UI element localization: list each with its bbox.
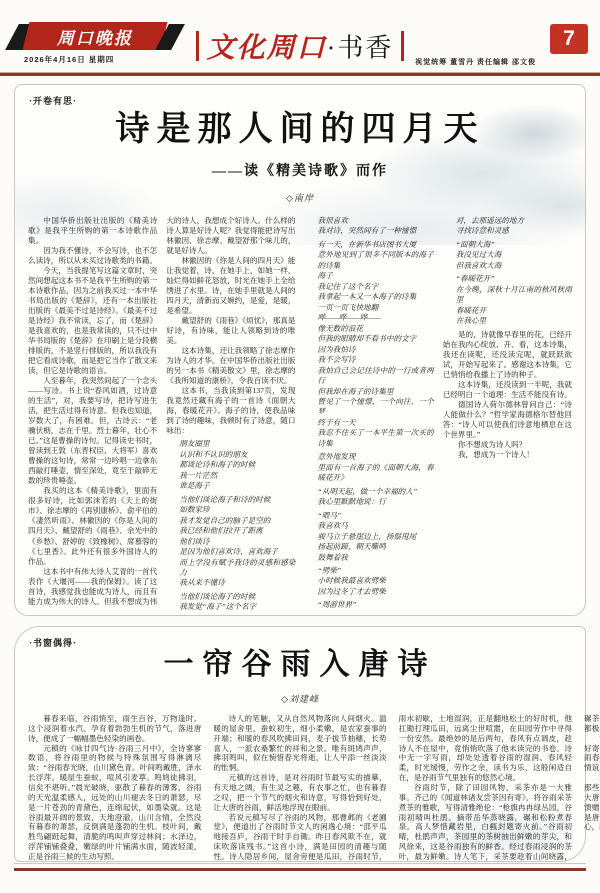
body-paragraph: 德国诗人荷尔德林曾问自己：“诗人能做什么？”哲学家海德格尔替他回答：“诗人可以使… <box>443 400 572 440</box>
poem-stanza: “从明天起，做一个幸福的人”我心里默默地说：行 <box>318 487 434 508</box>
body-paragraph: 因为我不懂诗，不会写诗，也不怎么读诗，所以从未买过诗歌类的书籍。 <box>28 246 157 266</box>
body-paragraph: 人至暮年，我突然间起了一个念头——写诗。书上说“春风如酒，过诗意的生活”，对，我… <box>28 376 157 486</box>
article1-subtitle: ——读《精美诗歌》而作 <box>15 160 585 180</box>
section-name-black: ·书香 <box>327 34 394 63</box>
body-paragraph: 这本诗集，还没读到一半呢，我就已经明白一个道理：生活不能没有诗。 <box>443 380 572 400</box>
header-rule <box>0 72 600 76</box>
article-guyu-tangshi: ·书窗偶得· 一帘谷雨入唐诗 ◇刘建峰 暮春来临，谷雨悄至，雨生百谷，万物逢时。… <box>14 626 586 862</box>
body-paragraph: 雨落唐诗，谷雨藏韵。雨丝轻落，百谷萌生，那些藏在诗句里的谷雨光景，从未褪色，始终… <box>584 773 600 832</box>
page-header: 周口晚报 2026年4月16日 星期四 文化周口·书香 视觉统筹 董雪丹 责任编… <box>0 0 600 74</box>
body-paragraph: 元稹的这首诗，是对谷雨时节最写实的描摹，有天地之阔，有生灵之趣，有农事之忙，也有… <box>213 773 386 812</box>
article2-body: 暮春来临，谷雨悄至，雨生百谷，万物逢时。这个浸润着水汽、孕育着勃勃生机的节气，落… <box>28 714 572 862</box>
bottom-red-rule <box>14 868 586 871</box>
article1-title: 诗是那人间的四月天 <box>15 101 585 150</box>
newspaper-page: 周口晚报 2026年4月16日 星期四 文化周口·书香 视觉统筹 董雪丹 责任编… <box>0 0 600 893</box>
body-paragraph: 我，想成为一个诗人！ <box>443 450 572 460</box>
body-paragraph: 元稹的《咏廿四气诗·谷雨三月中》，全诗寥寥数语，将谷雨里的物候与特殊氛围写得淋漓… <box>28 744 201 862</box>
poem-stanza: 意外地发现里面有一首海子的《面朝大海，春暖花开》 <box>318 452 434 483</box>
poem-stanza: “喂马”我喜欢马骏马立于悬崖边上，扬鬃甩尾扬起前蹄，朝天嘶鸣鼓舞着我 <box>318 511 434 563</box>
body-paragraph: 这本诗集，还让我领略了徐志摩作为诗人的才华。在中国华侨出版社出版的另一本书《精美… <box>166 346 295 386</box>
poem-stanza: “面朝大海”我没见过大海但我喜欢大海 <box>456 240 572 271</box>
article1-author: ◇南岸 <box>15 191 585 204</box>
left-bar-icon <box>196 31 199 61</box>
poem-stanza: “劈柴”小时候我最喜欢劈柴因为过冬了才去劈柴 <box>318 566 434 597</box>
body-paragraph: 中国华侨出版社出版的《精美诗歌》是我平生所购的第一本诗歌作品集。 <box>28 216 157 246</box>
body-paragraph: 诗人的笔触，又从自然风物落向人间烟火。温暖的屋舍里，蚕蚁初生，细小柔嫩，是农家蚕… <box>213 714 386 773</box>
body-paragraph: 你不想成为诗人吗？ <box>443 440 572 450</box>
article2-author: ◇刘建峰 <box>15 692 585 705</box>
poem-stanza: 朋友圈里认识和不认识的朋友都谈论诗和海子的时候我一片茫然谁是海子 <box>179 439 295 491</box>
article-poetry-review: ·开卷有思· 诗是那人间的四月天 ——读《精美诗歌》而作 ◇南岸 中国华侨出版社… <box>14 84 586 616</box>
body-paragraph: 这本书，当我读到第137页，发现我竟然还藏有海子的一首诗《面朝大海，春暖花开》。… <box>166 386 295 436</box>
poem-stanza: 有一天，在新华书店图书大厦意外地见到了很多不同版本的海子的诗集海子我记住了这个名… <box>318 240 434 449</box>
editor-credits: 视觉统筹 董雪丹 责任编辑 邵文俊 <box>415 57 536 67</box>
body-paragraph: 戴望舒的《雨巷》《烦忧》，那真是好诗，有诗味，能让人领略到诗的唯美。 <box>166 316 295 346</box>
body-paragraph: 暮春来临，谷雨悄至，雨生百谷，万物逢时。这个浸润着水汽、孕育着勃勃生机的节气，落… <box>28 714 201 744</box>
page-number-badge: 7 <box>550 24 588 54</box>
body-paragraph: 我买的这本《精美诗歌》，里面有很多好诗，比如郭沫若的《天上的街市》、徐志摩的《再… <box>28 486 157 566</box>
section-name-red: 文化周口 <box>207 31 327 64</box>
bottom-gray-line <box>14 863 586 864</box>
article2-title: 一帘谷雨入唐诗 <box>15 639 585 683</box>
body-paragraph: 诗友们焙好新茶，将这春日至鲜的滋味，封藏好寄给友人，茶里藏着对友人的惦念，也藏着… <box>584 734 600 773</box>
body-paragraph: 林徽因的《你是人间的四月天》能让我觉着，诗，在她手上，如她一样，灿烂得如鲜花怒放… <box>166 256 295 316</box>
article1-body: 中国华侨出版社出版的《精美诗歌》是我平生所购的第一本诗歌作品集。因为我不懂诗，不… <box>28 216 572 614</box>
body-paragraph: 今天，当我提笔写这篇文章时，突然间想起这本书不是我平生所购的第一本诗歌作品，因为… <box>28 266 157 376</box>
body-paragraph: 是的，诗就像早春里的花，已经开始在我内心绽放、开、看，这本诗集，我还在读呢，还没… <box>443 330 572 380</box>
right-bar-icon <box>401 31 404 61</box>
poem-stanza: “春暖花开”在今晚，深秋十月江南的秋风秋雨里春暖花开在我心里 <box>456 274 572 326</box>
poem-stanza: 当他们谈论海子和诗的时候如数家珍我才发觉自己的脑子是空的我已经和他们拉开了距离他… <box>179 495 295 589</box>
